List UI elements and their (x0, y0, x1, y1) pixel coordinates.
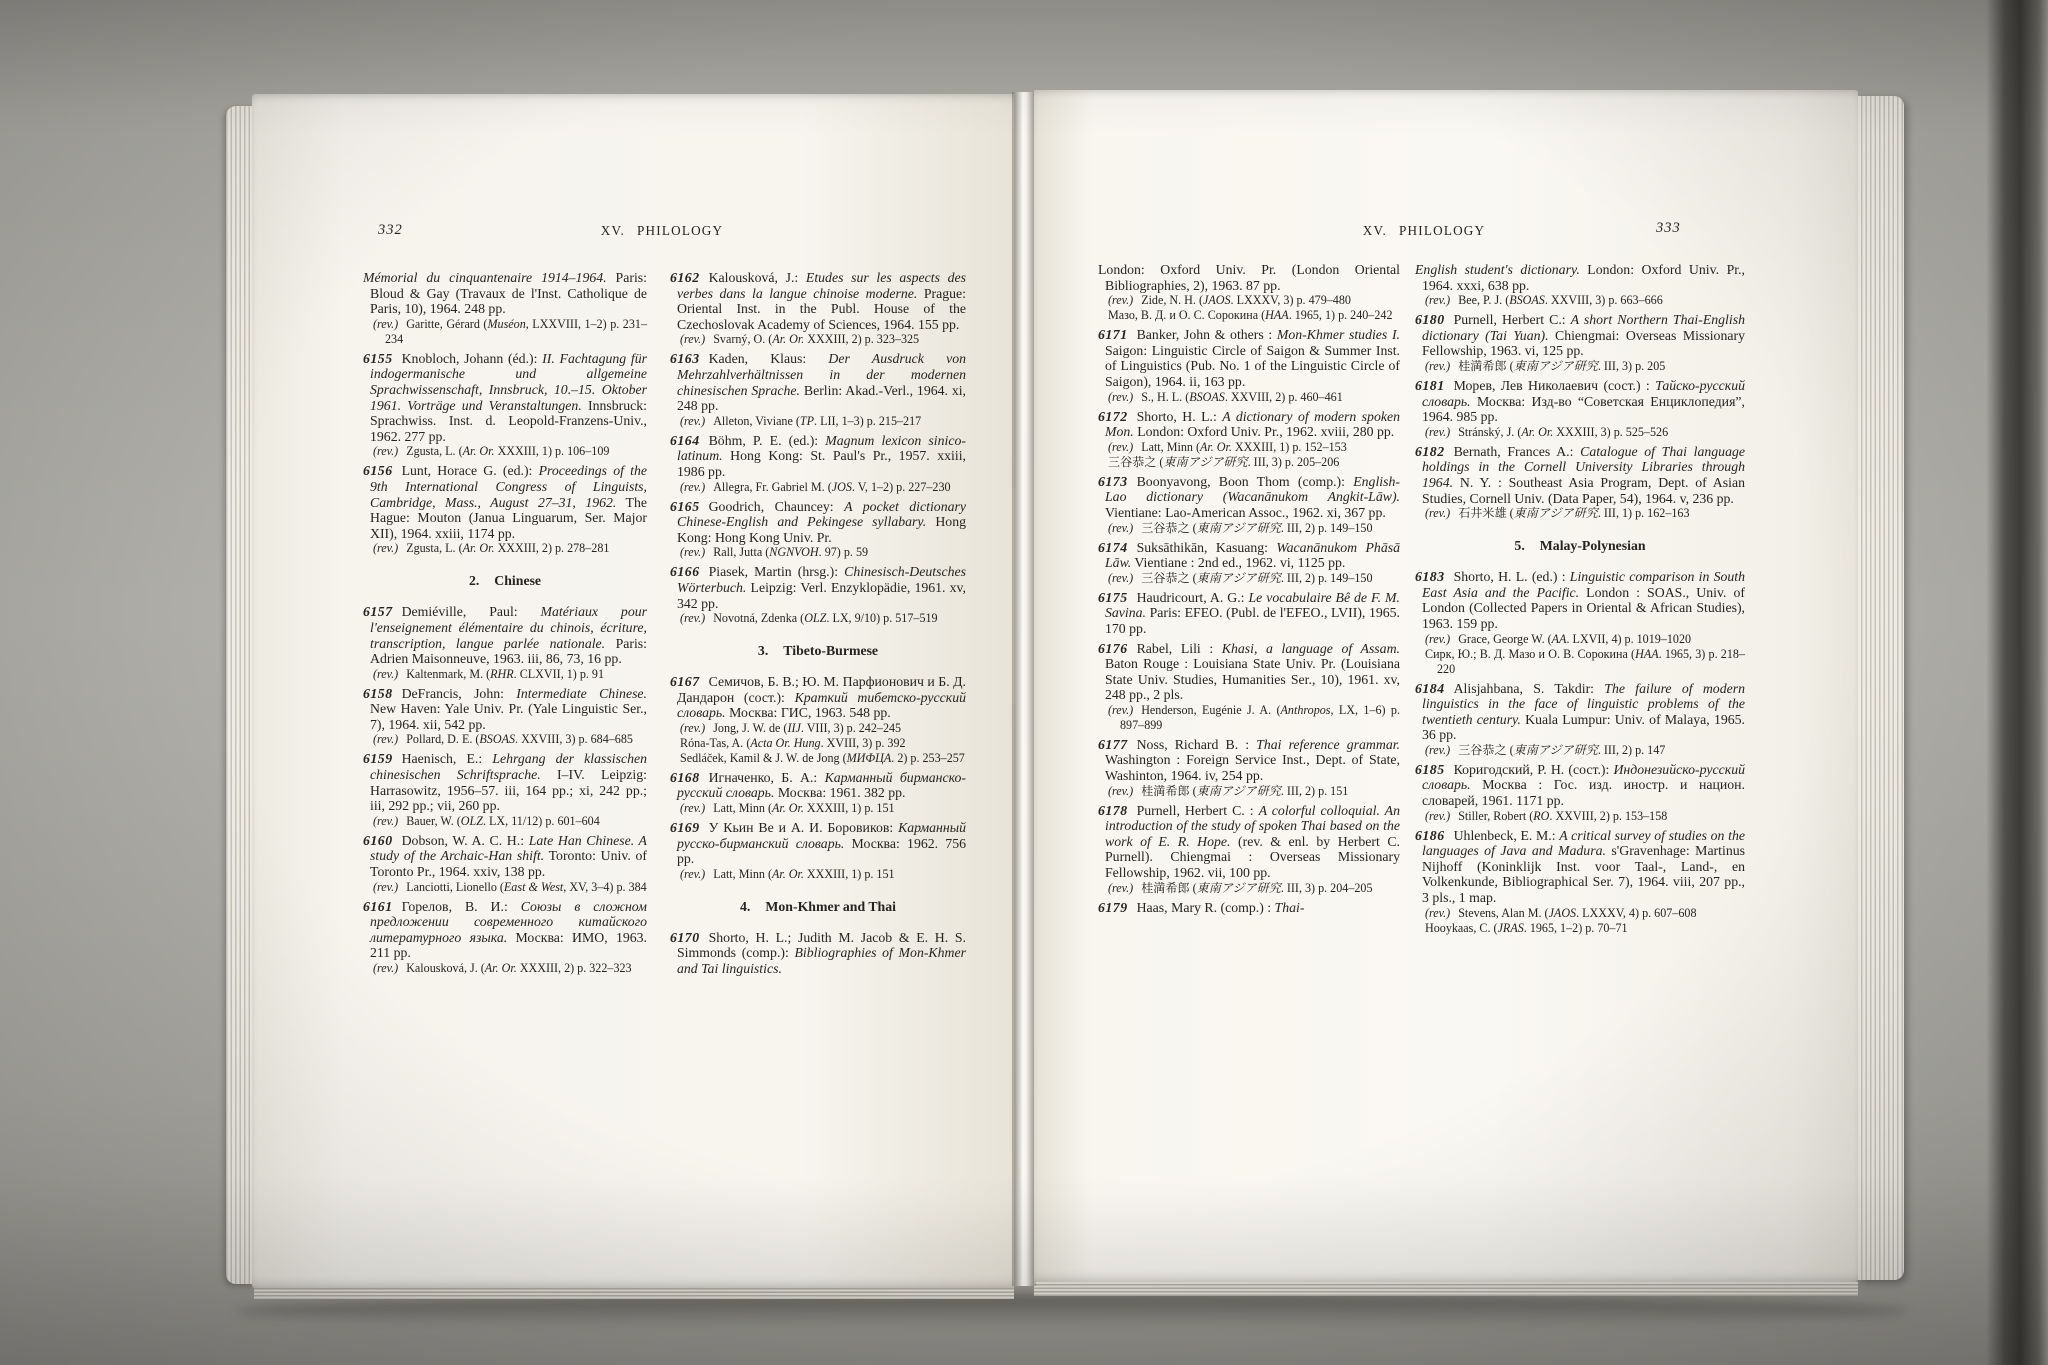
text: 石井米雄 ( (1458, 506, 1513, 520)
review-tag: (rev.) (1108, 784, 1133, 798)
review-line: (rev.)桂満希郎 (東南アジア研究. III, 2) p. 151 (1098, 784, 1400, 799)
text: . LXVII, 4) p. 1019–1020 (1566, 632, 1691, 646)
review-line: (rev.)Alleton, Viviane (TP. LII, 1–3) p.… (670, 414, 966, 429)
text: Shorto, H. L.: (1137, 409, 1223, 424)
text: XXXIII, 1) p. 151 (804, 801, 895, 815)
section-heading: 3.Tibeto-Burmese (670, 643, 966, 659)
right-page-column-2: English student's dictionary. London: Ox… (1415, 262, 1745, 940)
entry-6158: 6158DeFrancis, John: Intermediate Chines… (363, 686, 647, 748)
review-line: (rev.)Bauer, W. (OLZ. LX, 11/12) p. 601–… (363, 814, 647, 829)
text: Haas, Mary R. (comp.) : (1137, 900, 1275, 915)
italic-text: НАА (1635, 647, 1659, 661)
text: Henderson, Eugénie J. A. ( (1141, 703, 1280, 717)
review-line: (rev.)Lanciotti, Lionello (East & West, … (363, 880, 647, 895)
entry-number: 6184 (1415, 681, 1445, 696)
review-tag: (rev.) (1425, 906, 1450, 920)
review-block: (rev.)Lanciotti, Lionello (East & West, … (363, 880, 647, 895)
entry-text: 6172Shorto, H. L.: A dictionary of moder… (1098, 409, 1400, 440)
entry-6179: 6179Haas, Mary R. (comp.) : Thai- (1098, 900, 1400, 916)
text: Boonyavong, Boon Thom (comp.): (1137, 474, 1354, 489)
review-block: (rev.)三谷恭之 (東南アジア研究. III, 2) p. 149–150 (1098, 571, 1400, 586)
text: Москва : Гос. изд. иностр. и национ. сло… (1422, 777, 1745, 808)
text: Коригодский, Р. Н. (сост.): (1454, 762, 1614, 777)
section-heading: 4.Mon-Khmer and Thai (670, 899, 966, 915)
italic-text: Ar. Or. (485, 961, 517, 975)
entry-text: 6186Uhlenbeck, E. M.: A critical survey … (1415, 828, 1745, 906)
review-tag: (rev.) (680, 867, 705, 881)
text: Alleton, Viviane ( (713, 414, 800, 428)
review-block: (rev.)Grace, George W. (AA. LXVII, 4) p.… (1415, 632, 1745, 677)
entry-6173: 6173Boonyavong, Boon Thom (comp.): Engli… (1098, 474, 1400, 536)
review-line: (rev.)Latt, Minn (Ar. Or. XXXIII, 1) p. … (670, 801, 966, 816)
background-right-dark-strip (1986, 0, 2048, 1365)
entry-6156: 6156Lunt, Horace G. (ed.): Proceedings o… (363, 463, 647, 556)
page-number-right: 333 (1656, 220, 1681, 237)
entry-number: 6164 (670, 433, 700, 448)
running-header-title: PHILOLOGY (1399, 223, 1485, 238)
review-block: (rev.)Pollard, D. E. (BSOAS. XXVIII, 3) … (363, 732, 647, 747)
entry-number: 6176 (1098, 641, 1128, 656)
entry-text: 6163Kaden, Klaus: Der Ausdruck von Mehrz… (670, 351, 966, 413)
entry-continuation: English student's dictionary. London: Ox… (1415, 262, 1745, 308)
section-heading: 5.Malay-Polynesian (1415, 538, 1745, 554)
text: . 1965, 1) p. 240–242 (1289, 308, 1393, 322)
entry-number: 6179 (1098, 900, 1128, 915)
review-block: (rev.)Latt, Minn (Ar. Or. XXXIII, 1) p. … (1098, 440, 1400, 470)
review-line: (rev.)Zgusta, L. (Ar. Or. XXXIII, 2) p. … (363, 541, 647, 556)
entry-number: 6169 (670, 820, 700, 835)
entry-text: 6161Горелов, В. И.: Союзы в сложном пред… (363, 899, 647, 961)
italic-text: English student's dictionary. (1415, 262, 1580, 277)
entry-text: 6177Noss, Richard B. : Thai reference gr… (1098, 737, 1400, 784)
entry-6167: 6167Семичов, Б. В.; Ю. М. Парфионович и … (670, 674, 966, 766)
review-block: (rev.)Stiller, Robert (RO. XXVIII, 2) p.… (1415, 809, 1745, 824)
entry-6165: 6165Goodrich, Chauncey: A pocket diction… (670, 499, 966, 561)
italic-text: TP (800, 414, 814, 428)
text: Suksāthikān, Kasuang: (1137, 540, 1277, 555)
italic-text: Ar. Or. (463, 444, 495, 458)
text: 三谷恭之 ( (1141, 571, 1196, 585)
review-tag: (rev.) (680, 611, 705, 625)
italic-text: JRAS (1498, 921, 1524, 935)
review-block: (rev.)Latt, Minn (Ar. Or. XXXIII, 1) p. … (670, 801, 966, 816)
running-header-right: XV.PHILOLOGY (1339, 223, 1509, 239)
review-block: (rev.)Rall, Jutta (NGNVOH. 97) p. 59 (670, 545, 966, 560)
text: Сирк, Ю.; В. Д. Мазо и О. В. Сорокина ( (1425, 647, 1635, 661)
text: Knobloch, Johann (éd.): (402, 351, 543, 366)
italic-text: НАА (1265, 308, 1289, 322)
review-tag: (rev.) (373, 317, 398, 331)
text: Горелов, В. И.: (402, 899, 521, 914)
review-line: (rev.)Pollard, D. E. (BSOAS. XXVIII, 3) … (363, 732, 647, 747)
entry-number: 6174 (1098, 540, 1128, 555)
entry-text: 6160Dobson, W. A. C. H.: Late Han Chines… (363, 833, 647, 880)
review-block: (rev.)Garitte, Gérard (Muséon, LXXVIII, … (363, 317, 647, 347)
text: Róna-Tas, A. ( (680, 736, 750, 750)
entry-number: 6177 (1098, 737, 1128, 752)
review-line: (rev.)Svarný, O. (Ar. Or. XXXIII, 2) p. … (670, 332, 966, 347)
review-line: (rev.)Stránský, J. (Ar. Or. XXXIII, 3) p… (1415, 425, 1745, 440)
section-title: Tibeto-Burmese (783, 643, 878, 658)
text: New Haven: Yale Univ. Pr. (Yale Linguist… (370, 701, 647, 732)
entry-6159: 6159Haenisch, E.: Lehrgang der klassisch… (363, 751, 647, 828)
review-block: (rev.)Bauer, W. (OLZ. LX, 11/12) p. 601–… (363, 814, 647, 829)
entry-6184: 6184Alisjahbana, S. Takdir: The failure … (1415, 681, 1745, 758)
entry-number: 6160 (363, 833, 393, 848)
review-block: (rev.)Bee, P. J. (BSOAS. XXVIII, 3) p. 6… (1415, 293, 1745, 308)
running-header-title: PHILOLOGY (637, 223, 723, 238)
entry-text: 6178Purnell, Herbert C. : A colorful col… (1098, 803, 1400, 881)
review-tag: (rev.) (1425, 293, 1450, 307)
entry-6175: 6175Haudricourt, A. G.: Le vocabulaire B… (1098, 590, 1400, 637)
text: Novotná, Zdenka ( (713, 611, 804, 625)
text: XXXIII, 2) p. 322–323 (517, 961, 632, 975)
review-line: (rev.)石井米雄 (東南アジア研究. III, 1) p. 162–163 (1415, 506, 1745, 521)
entry-6169: 6169У Кьин Ве и А. И. Боровиков: Карманн… (670, 820, 966, 882)
text: 桂満希郎 ( (1141, 881, 1196, 895)
review-tag: (rev.) (373, 667, 398, 681)
entry-text: 6179Haas, Mary R. (comp.) : Thai- (1098, 900, 1400, 916)
review-line: (rev.)Novotná, Zdenka (OLZ. LX, 9/10) p.… (670, 611, 966, 626)
text: Washington : Foreign Service Inst., Dept… (1105, 752, 1400, 783)
entry-6170: 6170Shorto, H. L.; Judith M. Jacob & E. … (670, 930, 966, 977)
review-line: (rev.)Allegra, Fr. Gabriel M. (JOS. V, 1… (670, 480, 966, 495)
entry-number: 6171 (1098, 327, 1128, 342)
entry-6180: 6180Purnell, Herbert C.: A short Norther… (1415, 312, 1745, 374)
review-block: (rev.)桂満希郎 (東南アジア研究. III, 3) p. 205 (1415, 359, 1745, 374)
italic-text: Ar. Or. (463, 541, 495, 555)
review-tag: (rev.) (680, 545, 705, 559)
review-tag: (rev.) (373, 541, 398, 555)
text: . III, 2) p. 149–150 (1281, 521, 1373, 535)
entry-text: 6174Suksāthikān, Kasuang: Wacanānukom Ph… (1098, 540, 1400, 571)
section-number: 2. (469, 573, 479, 588)
review-line: (rev.)桂満希郎 (東南アジア研究. III, 3) p. 205 (1415, 359, 1745, 374)
entry-number: 6163 (670, 351, 700, 366)
text: 三谷恭之 ( (1108, 455, 1163, 469)
text: Rabel, Lili : (1137, 641, 1222, 656)
italic-text: Intermediate Chinese. (516, 686, 647, 701)
text: Saigon: Linguistic Circle of Saigon & Su… (1105, 343, 1400, 389)
entry-number: 6183 (1415, 569, 1445, 584)
text: Stiller, Robert ( (1458, 809, 1533, 823)
italic-text: МИФЦА (847, 751, 892, 765)
entry-continuation: Mémorial du cinquantenaire 1914–1964. Pa… (363, 270, 647, 347)
italic-text: RO (1533, 809, 1549, 823)
review-block: (rev.)Stevens, Alan M. (JAOS. LXXXV, 4) … (1415, 906, 1745, 936)
entry-text: 6155Knobloch, Johann (éd.): II. Fachtagu… (363, 351, 647, 445)
entry-text: 6175Haudricourt, A. G.: Le vocabulaire B… (1098, 590, 1400, 637)
italic-text: Ar. Or. (772, 801, 804, 815)
italic-text: Khasi, a language of Assam. (1222, 641, 1400, 656)
review-block: (rev.)Kaltenmark, M. (RHR. CLXVII, 1) p.… (363, 667, 647, 682)
entry-text: 6168Игначенко, Б. А.: Карманный бирманск… (670, 770, 966, 801)
entry-text: 6159Haenisch, E.: Lehrgang der klassisch… (363, 751, 647, 813)
review-block: (rev.)桂満希郎 (東南アジア研究. III, 3) p. 204–205 (1098, 881, 1400, 896)
text: . III, 1) p. 162–163 (1598, 506, 1690, 520)
review-line: (rev.)Bee, P. J. (BSOAS. XXVIII, 3) p. 6… (1415, 293, 1745, 308)
italic-text: Ar. Or. (1521, 425, 1553, 439)
text: . LX, 9/10) p. 517–519 (826, 611, 937, 625)
text: 三谷恭之 ( (1141, 521, 1196, 535)
entry-number: 6159 (363, 751, 393, 766)
entry-6181: 6181Морев, Лев Николаевич (сост.) : Тайс… (1415, 378, 1745, 440)
text: XXXIII, 3) p. 525–526 (1553, 425, 1668, 439)
section-number: 4. (740, 899, 750, 914)
text: . III, 3) p. 205–206 (1248, 455, 1340, 469)
entry-6160: 6160Dobson, W. A. C. H.: Late Han Chines… (363, 833, 647, 895)
review-tag: (rev.) (1425, 632, 1450, 646)
entry-number: 6181 (1415, 378, 1445, 393)
entry-6174: 6174Suksāthikān, Kasuang: Wacanānukom Ph… (1098, 540, 1400, 586)
entry-text: 6180Purnell, Herbert C.: A short Norther… (1415, 312, 1745, 359)
review-block: (rev.)Zgusta, L. (Ar. Or. XXXIII, 2) p. … (363, 541, 647, 556)
entry-text: 6182Bernath, Frances A.: Catalogue of Th… (1415, 444, 1745, 506)
review-block: (rev.)Allegra, Fr. Gabriel M. (JOS. V, 1… (670, 480, 966, 495)
review-line: (rev.)三谷恭之 (東南アジア研究. III, 2) p. 149–150 (1098, 521, 1400, 536)
review-tag: (rev.) (680, 414, 705, 428)
entry-6162: 6162Kalousková, J.: Etudes sur les aspec… (670, 270, 966, 347)
text: 三谷恭之 ( (1458, 743, 1513, 757)
text: Latt, Minn ( (713, 801, 772, 815)
review-line: (rev.)Grace, George W. (AA. LXVII, 4) p.… (1415, 632, 1745, 647)
italic-text: Muséon (487, 317, 525, 331)
entry-6172: 6172Shorto, H. L.: A dictionary of moder… (1098, 409, 1400, 470)
entry-6185: 6185Коригодский, Р. Н. (сост.): Индонези… (1415, 762, 1745, 824)
entry-6157: 6157Demiéville, Paul: Matériaux pour l'e… (363, 604, 647, 681)
text: Svarný, O. ( (713, 332, 772, 346)
text: Pollard, D. E. ( (406, 732, 479, 746)
entry-6178: 6178Purnell, Herbert C. : A colorful col… (1098, 803, 1400, 896)
text: Zgusta, L. ( (406, 541, 462, 555)
italic-text: Ar. Or. (772, 867, 804, 881)
review-tag: (rev.) (373, 732, 398, 746)
entry-text: 6157Demiéville, Paul: Matériaux pour l'e… (363, 604, 647, 666)
review-block: (rev.)Novotná, Zdenka (OLZ. LX, 9/10) p.… (670, 611, 966, 626)
text: Vientiane: Lao-American Assoc., 1962. xi… (1105, 505, 1386, 520)
text: Jong, J. W. de ( (713, 721, 787, 735)
review-block: (rev.)石井米雄 (東南アジア研究. III, 1) p. 162–163 (1415, 506, 1745, 521)
review-tag: (rev.) (1425, 743, 1450, 757)
left-page-edge-stack (226, 106, 254, 1284)
review-line: (rev.)Zgusta, L. (Ar. Or. XXXIII, 1) p. … (363, 444, 647, 459)
review-block: (rev.)Henderson, Eugénie J. A. (Anthropo… (1098, 703, 1400, 733)
entry-number: 6185 (1415, 762, 1445, 777)
running-header-left: XV.PHILOLOGY (582, 223, 742, 239)
text: Noss, Richard B. : (1137, 737, 1257, 752)
text: Dobson, W. A. C. H.: (402, 833, 529, 848)
text: Banker, John & others : (1137, 327, 1277, 342)
text: , XV, 3–4) p. 384 (563, 880, 646, 894)
text: Latt, Minn ( (1141, 440, 1200, 454)
text: . LXXXV, 4) p. 607–608 (1576, 906, 1696, 920)
right-bottom-edge-stack (1034, 1282, 1858, 1296)
text: XXXIII, 1) p. 152–153 (1232, 440, 1347, 454)
entry-number: 6156 (363, 463, 393, 478)
review-line: (rev.)Stiller, Robert (RO. XXVIII, 2) p.… (1415, 809, 1745, 824)
text: N. Y. : Southeast Asia Program, Dept. of… (1422, 475, 1745, 506)
text: Москва: Изд-во “Советская Енциклопедия”,… (1422, 394, 1745, 425)
review-tag: (rev.) (1425, 425, 1450, 439)
review-block: (rev.)Latt, Minn (Ar. Or. XXXIII, 1) p. … (670, 867, 966, 882)
italic-text: Thai- (1275, 900, 1305, 915)
entry-number: 6165 (670, 499, 700, 514)
text: Москва: 1961. 382 pp. (774, 785, 905, 800)
review-block: (rev.)Kalousková, J. (Ar. Or. XXXIII, 2)… (363, 961, 647, 976)
text: . VIII, 3) p. 242–245 (801, 721, 901, 735)
review-tag: (rev.) (373, 444, 398, 458)
italic-text: AA (1552, 632, 1567, 646)
text: Latt, Minn ( (713, 867, 772, 881)
text: . 97) p. 59 (819, 545, 868, 559)
text: . XVIII, 3) p. 392 (821, 736, 906, 750)
text: . LII, 1–3) p. 215–217 (814, 414, 921, 428)
review-line: (rev.)Zide, N. H. (JAOS. LXXXV, 3) p. 47… (1098, 293, 1400, 308)
text: Zide, N. H. ( (1141, 293, 1203, 307)
text: Lanciotti, Lionello ( (406, 880, 504, 894)
entry-text: 6176Rabel, Lili : Khasi, a language of A… (1098, 641, 1400, 703)
section-title: Chinese (494, 573, 541, 588)
review-line: Сирк, Ю.; В. Д. Мазо и О. В. Сорокина (Н… (1415, 647, 1745, 677)
section-number: 5. (1514, 538, 1524, 553)
entry-number: 6167 (670, 674, 700, 689)
right-page-edge-stack (1858, 96, 1904, 1280)
text: Allegra, Fr. Gabriel M. ( (713, 480, 832, 494)
text: . XXVIII, 2) p. 460–461 (1225, 390, 1343, 404)
text: . XXVIII, 3) p. 663–666 (1545, 293, 1663, 307)
entry-number: 6168 (670, 770, 700, 785)
italic-text: IIJ (787, 721, 800, 735)
review-tag: (rev.) (1108, 703, 1133, 717)
entry-text: 6165Goodrich, Chauncey: A pocket diction… (670, 499, 966, 546)
text: Kalousková, J. ( (406, 961, 485, 975)
italic-text: BSOAS (479, 732, 515, 746)
text: Zgusta, L. ( (406, 444, 462, 458)
entry-text: London: Oxford Univ. Pr. (London Orienta… (1098, 262, 1400, 293)
entry-number: 6186 (1415, 828, 1445, 843)
entry-number: 6180 (1415, 312, 1445, 327)
entry-number: 6157 (363, 604, 393, 619)
text: Purnell, Herbert C. : (1137, 803, 1259, 818)
review-line: (rev.)Kalousková, J. (Ar. Or. XXXIII, 2)… (363, 961, 647, 976)
text: Москва: ГИС, 1963. 548 pp. (726, 705, 891, 720)
italic-text: 東南アジア研究 (1163, 455, 1247, 469)
review-line: (rev.)Jong, J. W. de (IIJ. VIII, 3) p. 2… (670, 721, 966, 736)
review-line: (rev.)三谷恭之 (東南アジア研究. III, 2) p. 147 (1415, 743, 1745, 758)
page-number-left: 332 (378, 222, 403, 239)
review-line: 三谷恭之 (東南アジア研究. III, 3) p. 205–206 (1098, 455, 1400, 470)
entry-text: 6162Kalousková, J.: Etudes sur les aspec… (670, 270, 966, 332)
text: 桂満希郎 ( (1458, 359, 1513, 373)
italic-text: JAOS (1549, 906, 1577, 920)
text: . LX, 11/12) p. 601–604 (483, 814, 600, 828)
section-heading: 2.Chinese (363, 573, 647, 589)
italic-text: Ar. Or. (772, 332, 804, 346)
entry-6171: 6171Banker, John & others : Mon-Khmer st… (1098, 327, 1400, 404)
text: Alisjahbana, S. Takdir: (1454, 681, 1605, 696)
review-tag: (rev.) (373, 814, 398, 828)
entry-text: 6185Коригодский, Р. Н. (сост.): Индонези… (1415, 762, 1745, 809)
text: Garitte, Gérard ( (406, 317, 487, 331)
entry-6161: 6161Горелов, В. И.: Союзы в сложном пред… (363, 899, 647, 976)
entry-number: 6178 (1098, 803, 1128, 818)
review-line: (rev.)Kaltenmark, M. (RHR. CLXVII, 1) p.… (363, 667, 647, 682)
text: Purnell, Herbert C.: (1454, 312, 1571, 327)
italic-text: Anthropos (1281, 703, 1331, 717)
text: Bernath, Frances A.: (1454, 444, 1581, 459)
entry-6164: 6164Böhm, P. E. (ed.): Magnum lexicon si… (670, 433, 966, 495)
review-line: (rev.)S., H. L. (BSOAS. XXVIII, 2) p. 46… (1098, 390, 1400, 405)
review-line: (rev.)三谷恭之 (東南アジア研究. III, 2) p. 149–150 (1098, 571, 1400, 586)
entry-6168: 6168Игначенко, Б. А.: Карманный бирманск… (670, 770, 966, 816)
section-number: 3. (758, 643, 768, 658)
right-page-column-1: London: Oxford Univ. Pr. (London Orienta… (1098, 262, 1400, 919)
text: London: Oxford Univ. Pr., 1962. xviii, 2… (1134, 424, 1394, 439)
review-tag: (rev.) (373, 961, 398, 975)
page-333: XV.PHILOLOGY 333 London: Oxford Univ. Pr… (1034, 90, 1858, 1282)
text: Paris: EFEO. (Publ. de l'EFEO., LVII), 1… (1105, 605, 1400, 636)
text: . III, 2) p. 151 (1281, 784, 1349, 798)
book-scan-photo: 332 XV.PHILOLOGY Mémorial du cinquantena… (0, 0, 2048, 1365)
entry-number: 6166 (670, 564, 700, 579)
review-block: (rev.)Jong, J. W. de (IIJ. VIII, 3) p. 2… (670, 721, 966, 766)
review-line: (rev.)Rall, Jutta (NGNVOH. 97) p. 59 (670, 545, 966, 560)
review-line: (rev.)Stevens, Alan M. (JAOS. LXXXV, 4) … (1415, 906, 1745, 921)
italic-text: Ar. Or. (1200, 440, 1232, 454)
italic-text: 東南アジア研究 (1197, 571, 1281, 585)
entry-text: 6167Семичов, Б. В.; Ю. М. Парфионович и … (670, 674, 966, 721)
entry-text: 6171Banker, John & others : Mon-Khmer st… (1098, 327, 1400, 389)
entry-6182: 6182Bernath, Frances A.: Catalogue of Th… (1415, 444, 1745, 521)
entry-text: 6164Böhm, P. E. (ed.): Magnum lexicon si… (670, 433, 966, 480)
italic-text: Mémorial du cinquantenaire 1914–1964. (363, 270, 607, 285)
italic-text: 東南アジア研究 (1197, 521, 1281, 535)
text: . III, 3) p. 204–205 (1281, 881, 1373, 895)
review-line: (rev.)Henderson, Eugénie J. A. (Anthropo… (1098, 703, 1400, 733)
text: Морев, Лев Николаевич (сост.) : (1454, 378, 1656, 393)
entry-number: 6173 (1098, 474, 1128, 489)
text: XXXIII, 1) p. 106–109 (495, 444, 610, 458)
left-page-column-1: Mémorial du cinquantenaire 1914–1964. Pa… (363, 270, 647, 980)
text: . 1965, 1–2) p. 70–71 (1524, 921, 1628, 935)
text: Kalousková, J.: (709, 270, 806, 285)
review-tag: (rev.) (1425, 359, 1450, 373)
text: XXXIII, 2) p. 278–281 (495, 541, 610, 555)
italic-text: East & West (504, 880, 563, 894)
text: Haudricourt, A. G.: (1137, 590, 1249, 605)
page-332: 332 XV.PHILOLOGY Mémorial du cinquantena… (252, 94, 1014, 1288)
review-line: Hooykaas, C. (JRAS. 1965, 1–2) p. 70–71 (1415, 921, 1745, 936)
review-tag: (rev.) (680, 801, 705, 815)
italic-text: Thai reference grammar. (1256, 737, 1400, 752)
review-tag: (rev.) (680, 332, 705, 346)
book-gutter-fold (1012, 92, 1036, 1286)
text: Hooykaas, C. ( (1425, 921, 1498, 935)
review-block: (rev.)Svarný, O. (Ar. Or. XXXIII, 2) p. … (670, 332, 966, 347)
text: Kaden, Klaus: (709, 351, 829, 366)
review-tag: (rev.) (1108, 293, 1133, 307)
entry-text: 6173Boonyavong, Boon Thom (comp.): Engli… (1098, 474, 1400, 521)
review-tag: (rev.) (1425, 809, 1450, 823)
text: Baton Rouge : Louisiana State Univ. Pr. … (1105, 656, 1400, 702)
review-tag: (rev.) (1108, 521, 1133, 535)
entry-number: 6182 (1415, 444, 1445, 459)
text: Rall, Jutta ( (713, 545, 769, 559)
entry-continuation: London: Oxford Univ. Pr. (London Orienta… (1098, 262, 1400, 323)
text: London: Oxford Univ. Pr. (London Orienta… (1098, 262, 1400, 293)
review-block: (rev.)Alleton, Viviane (TP. LII, 1–3) p.… (670, 414, 966, 429)
italic-text: 東南アジア研究 (1197, 881, 1281, 895)
